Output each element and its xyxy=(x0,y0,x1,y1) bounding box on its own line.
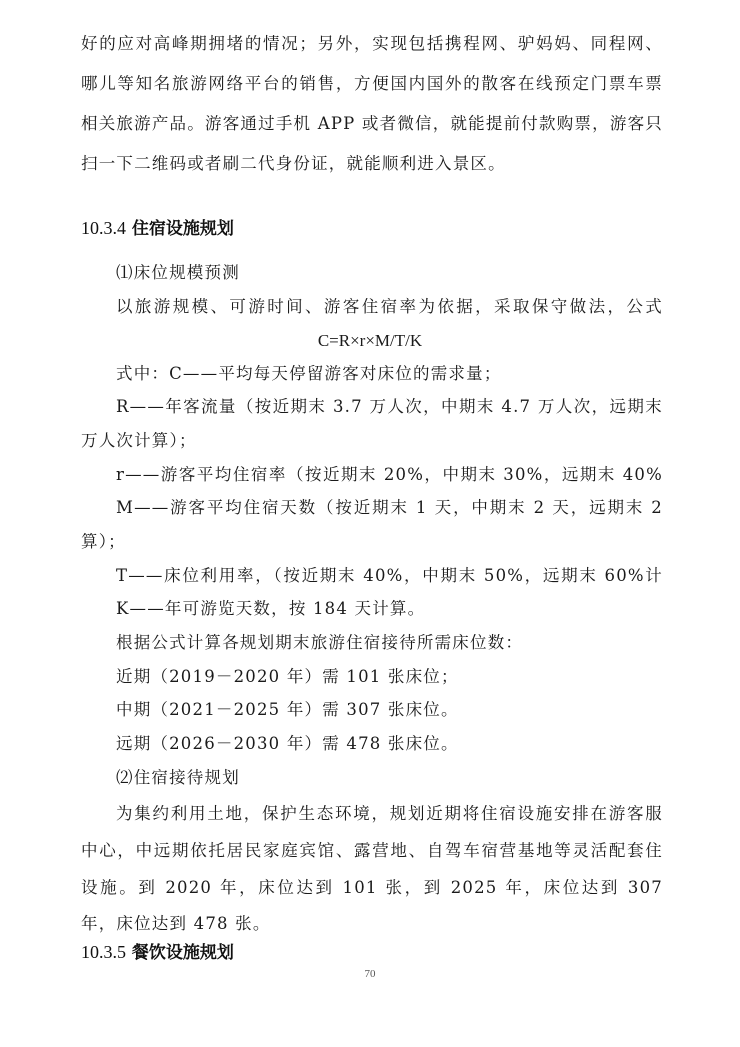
section-title: 住宿设施规划 xyxy=(132,219,234,239)
section-number: 10.3.4 xyxy=(81,218,126,238)
definition-c: 式中：C——平均每天停留游客对床位的需求量； xyxy=(116,363,698,385)
definition-t: T——床位利用率，（按近期末 40%，中期末 50%，远期末 60%计算）； xyxy=(116,565,663,587)
paragraph-line: 哪儿等知名旅游网络平台的销售，方便国内国外的散客在线预定门票车票等 xyxy=(81,73,663,95)
formula: C=R×r×M/T/K xyxy=(0,330,740,352)
paragraph-line: 中心，中远期依托居民家庭宾馆、露营地、自驾车宿营基地等灵活配套住宿 xyxy=(81,840,663,862)
paragraph-line: 设施。到 2020 年，床位达到 101 张，到 2025 年，床位达到 307… xyxy=(81,877,663,899)
definition-r-upper: R——年客流量（按近期末 3.7 万人次，中期末 4.7 万人次，远期末 6.6 xyxy=(116,396,663,418)
paragraph-line: 相关旅游产品。游客通过手机 APP 或者微信，就能提前付款购票，游客只用 xyxy=(81,113,663,135)
paragraph-line: 以旅游规模、可游时间、游客住宿率为依据，采取保守做法，公式为： xyxy=(116,296,663,318)
paragraph-line: 好的应对高峰期拥堵的情况；另外，实现包括携程网、驴妈妈、同程网、去 xyxy=(81,33,663,55)
definition-r-lower: r——游客平均住宿率（按近期末 20%，中期末 30%，远期末 40%计算）； xyxy=(116,464,663,486)
definition-k: K——年可游览天数，按 184 天计算。 xyxy=(116,598,698,620)
definition-m: M——游客平均住宿天数（按近期末 1 天，中期末 2 天，远期末 2 天计 xyxy=(116,497,663,519)
paragraph-line: 为集约利用土地，保护生态环境，规划近期将住宿设施安排在游客服务 xyxy=(116,803,663,825)
section-heading-10-3-5: 10.3.5 餐饮设施规划 xyxy=(81,940,234,965)
subsection-title: ⑵住宿接待规划 xyxy=(116,767,698,789)
result-near-term: 近期（2019－2020 年）需 101 张床位； xyxy=(116,666,698,688)
section-number: 10.3.5 xyxy=(81,942,126,962)
paragraph-line: 年，床位达到 478 张。 xyxy=(81,913,663,935)
results-intro: 根据公式计算各规划期末旅游住宿接待所需床位数： xyxy=(116,632,698,654)
result-long-term: 远期（2026－2030 年）需 478 张床位。 xyxy=(116,733,698,755)
section-title: 餐饮设施规划 xyxy=(132,943,234,963)
section-heading-10-3-4: 10.3.4 住宿设施规划 xyxy=(81,216,234,241)
page-number: 70 xyxy=(0,968,740,980)
document-page: 好的应对高峰期拥堵的情况；另外，实现包括携程网、驴妈妈、同程网、去 哪儿等知名旅… xyxy=(0,0,740,1047)
definition-m-cont: 算）； xyxy=(81,531,663,553)
paragraph-line: 扫一下二维码或者刷二代身份证，就能顺利进入景区。 xyxy=(81,153,663,175)
result-mid-term: 中期（2021－2025 年）需 307 张床位。 xyxy=(116,699,698,721)
subsection-title: ⑴床位规模预测 xyxy=(116,262,698,284)
definition-r-upper-cont: 万人次计算）； xyxy=(81,430,663,452)
